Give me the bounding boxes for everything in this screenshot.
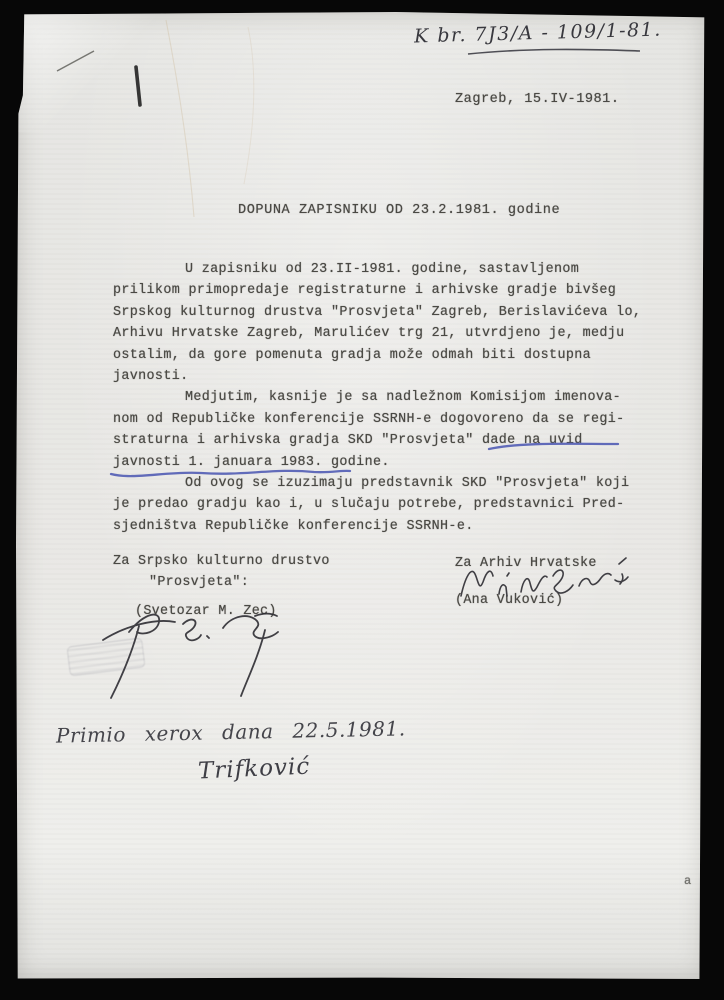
signature-zec — [103, 614, 278, 698]
photo-background: { "window": { "background": "#070707" },… — [0, 0, 724, 1000]
vertical-ink-mark — [136, 67, 140, 105]
paper-crease — [244, 27, 254, 184]
pencil-stroke — [57, 51, 94, 71]
reference-underline — [468, 49, 640, 54]
blue-underline-januara-1983 — [111, 471, 350, 476]
blue-underline-dade-na-uvid — [489, 444, 618, 449]
signature-vukovic — [461, 558, 628, 596]
pen-strokes-overlay — [16, 12, 706, 980]
paper-crease — [166, 20, 194, 217]
scanned-document-page: K br. 7J3/A - 109/1-81. Zagreb, 15.IV-19… — [16, 12, 706, 980]
